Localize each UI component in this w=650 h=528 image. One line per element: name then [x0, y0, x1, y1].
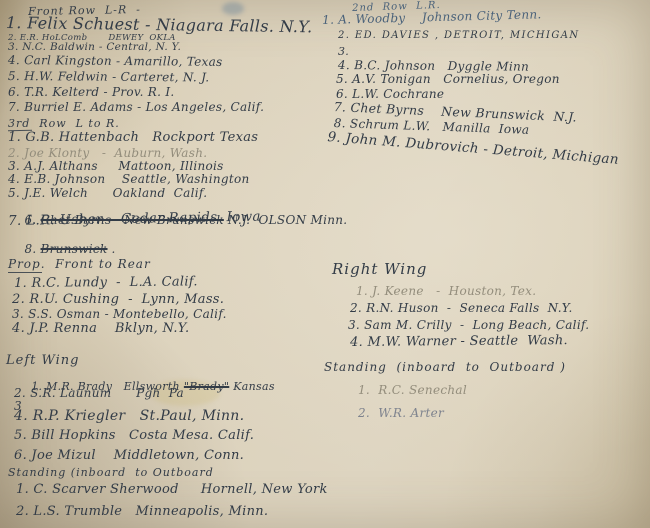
entry-prop-4: 4. J.P. Renna Bklyn, N.Y. — [12, 322, 189, 335]
entry-text: Kansas — [233, 380, 275, 393]
entry-second-row-5: 5. A.V. Tonigan Cornelius, Oregon — [336, 73, 560, 85]
entry-left-wing-4: 4. R.P. Kriegler St.Paul, Minn. — [14, 409, 244, 423]
entry-third-row-2: 2. Joe Klonty - Auburn, Wash. — [8, 147, 207, 159]
section-header-standing-right: Standing (inboard to Outboard ) — [324, 361, 566, 373]
entry-second-row-3: 3. — [338, 46, 349, 57]
entry-prop-3: 3. S.S. Osman - Montebello, Calif. — [12, 308, 227, 320]
handwritten-caption-page: Front Row L-R - 1. Felix Schuest - Niaga… — [0, 0, 650, 528]
entry-right-wing-1: 1. J. Keene - Houston, Tex. — [356, 285, 536, 297]
entry-front-row-3: 3. N.C. Baldwin - Central, N. Y. — [8, 42, 181, 53]
entry-standing-right-1: 1. R.C. Senechal — [358, 384, 467, 396]
entry-front-row-7: 7. Burriel E. Adams - Los Angeles, Calif… — [8, 101, 264, 113]
entry-second-row-6: 6. L.W. Cochrane — [336, 88, 444, 100]
entry-second-row-2: 2. ED. DAVIES , DETROIT, MICHIGAN — [338, 31, 580, 41]
entry-left-wing-2: 2. S.R. Launum Pgh Pa — [14, 387, 184, 399]
entry-third-row-4: 4. E.B. Johnson Seattle, Washington — [8, 173, 250, 185]
entry-third-row-3: 3. A.J. Althans Mattoon, Illinois — [8, 160, 224, 172]
entry-left-wing-6: 6. Joe Mizul Middletown, Conn. — [14, 449, 244, 462]
entry-second-row-9: 9. John M. Dubrovich - Detroit, Michigan — [327, 131, 619, 167]
entry-text: . — [112, 242, 116, 256]
entry-third-row-1: 1. G.B. Hattenbach Rockport Texas — [8, 131, 258, 144]
entry-prop-1: 1. R.C. Lundy - L.A. Calif. — [14, 275, 198, 290]
entry-standing-left-1: 1. C. Scarver Sherwood Hornell, New York — [16, 483, 328, 496]
entry-third-row-5: 5. J.E. Welch Oakland Calif. — [8, 187, 207, 199]
entry-standing-left-2: 2. L.S. Trumble Minneapolis, Minn. — [16, 505, 268, 518]
entry-standing-right-2: 2. W.R. Arter — [358, 407, 444, 419]
entry-right-wing-3: 3. Sam M. Crilly - Long Beach, Calif. — [348, 319, 589, 331]
ink-smudge — [222, 2, 244, 15]
entry-front-row-6: 6. T.R. Kelterd - Prov. R. I. — [8, 86, 175, 98]
underline-mark — [8, 272, 42, 273]
entry-prop-2: 2. R.U. Cushing - Lynn, Mass. — [12, 293, 224, 306]
section-header-third-row: 3rd Row L to R. — [8, 118, 120, 129]
section-header-prop: Prop. Front to Rear — [8, 258, 151, 270]
section-header-left-wing: Left Wing — [6, 354, 79, 367]
struck-text: "Brady" — [184, 380, 229, 393]
section-header-right-wing: Right Wing — [332, 262, 427, 277]
section-header-standing-left: Standing (inboard to Outboard — [8, 467, 214, 478]
entry-front-row-4: 4. Carl Kingston - Amarillo, Texas — [8, 54, 223, 68]
entry-right-wing-2: 2. R.N. Huson - Seneca Falls N.Y. — [350, 302, 573, 314]
entry-number: 8. — [24, 242, 36, 256]
entry-second-row-4: 4. B.C. Johnson Dyggle Minn — [338, 59, 529, 73]
entry-right-wing-4: 4. M.W. Warner - Seattle Wash. — [350, 334, 568, 349]
entry-left-wing-5: 5. Bill Hopkins Costa Mesa. Calif. — [14, 429, 254, 442]
struck-text: Brunswick — [41, 242, 108, 256]
entry-front-row-5: 5. H.W. Feldwin - Carteret, N. J. — [8, 70, 210, 83]
